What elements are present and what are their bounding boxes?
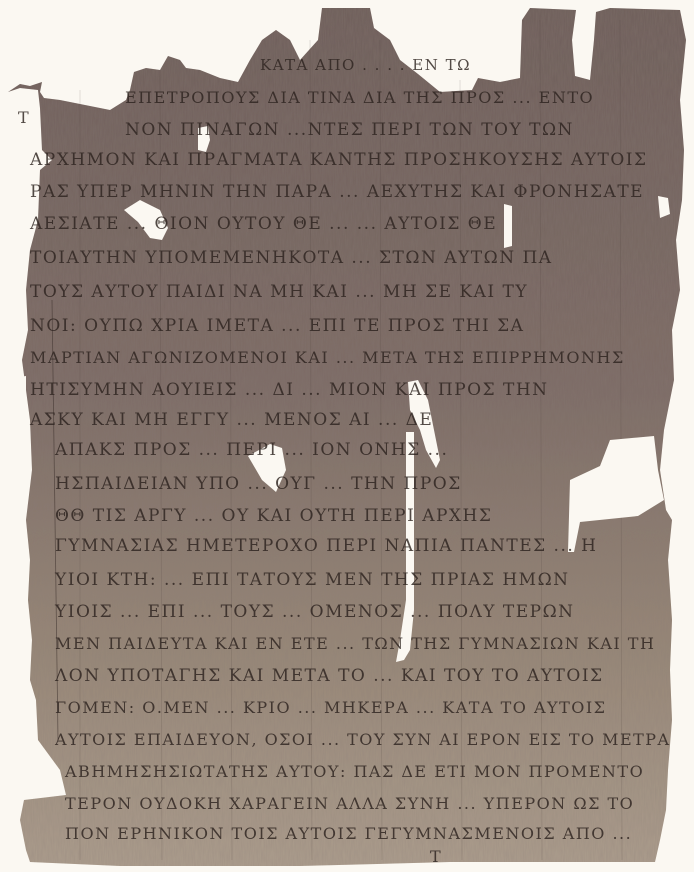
papyrus-sheet [0,0,694,872]
papyrus-fragment: ΚΑΤΑ ΑΠΟ . . . . ΕΝ ΤΩ ΕΠΕΤΡΟΠΟΥΣ ΔΙΑ ΤΙ… [0,0,694,872]
